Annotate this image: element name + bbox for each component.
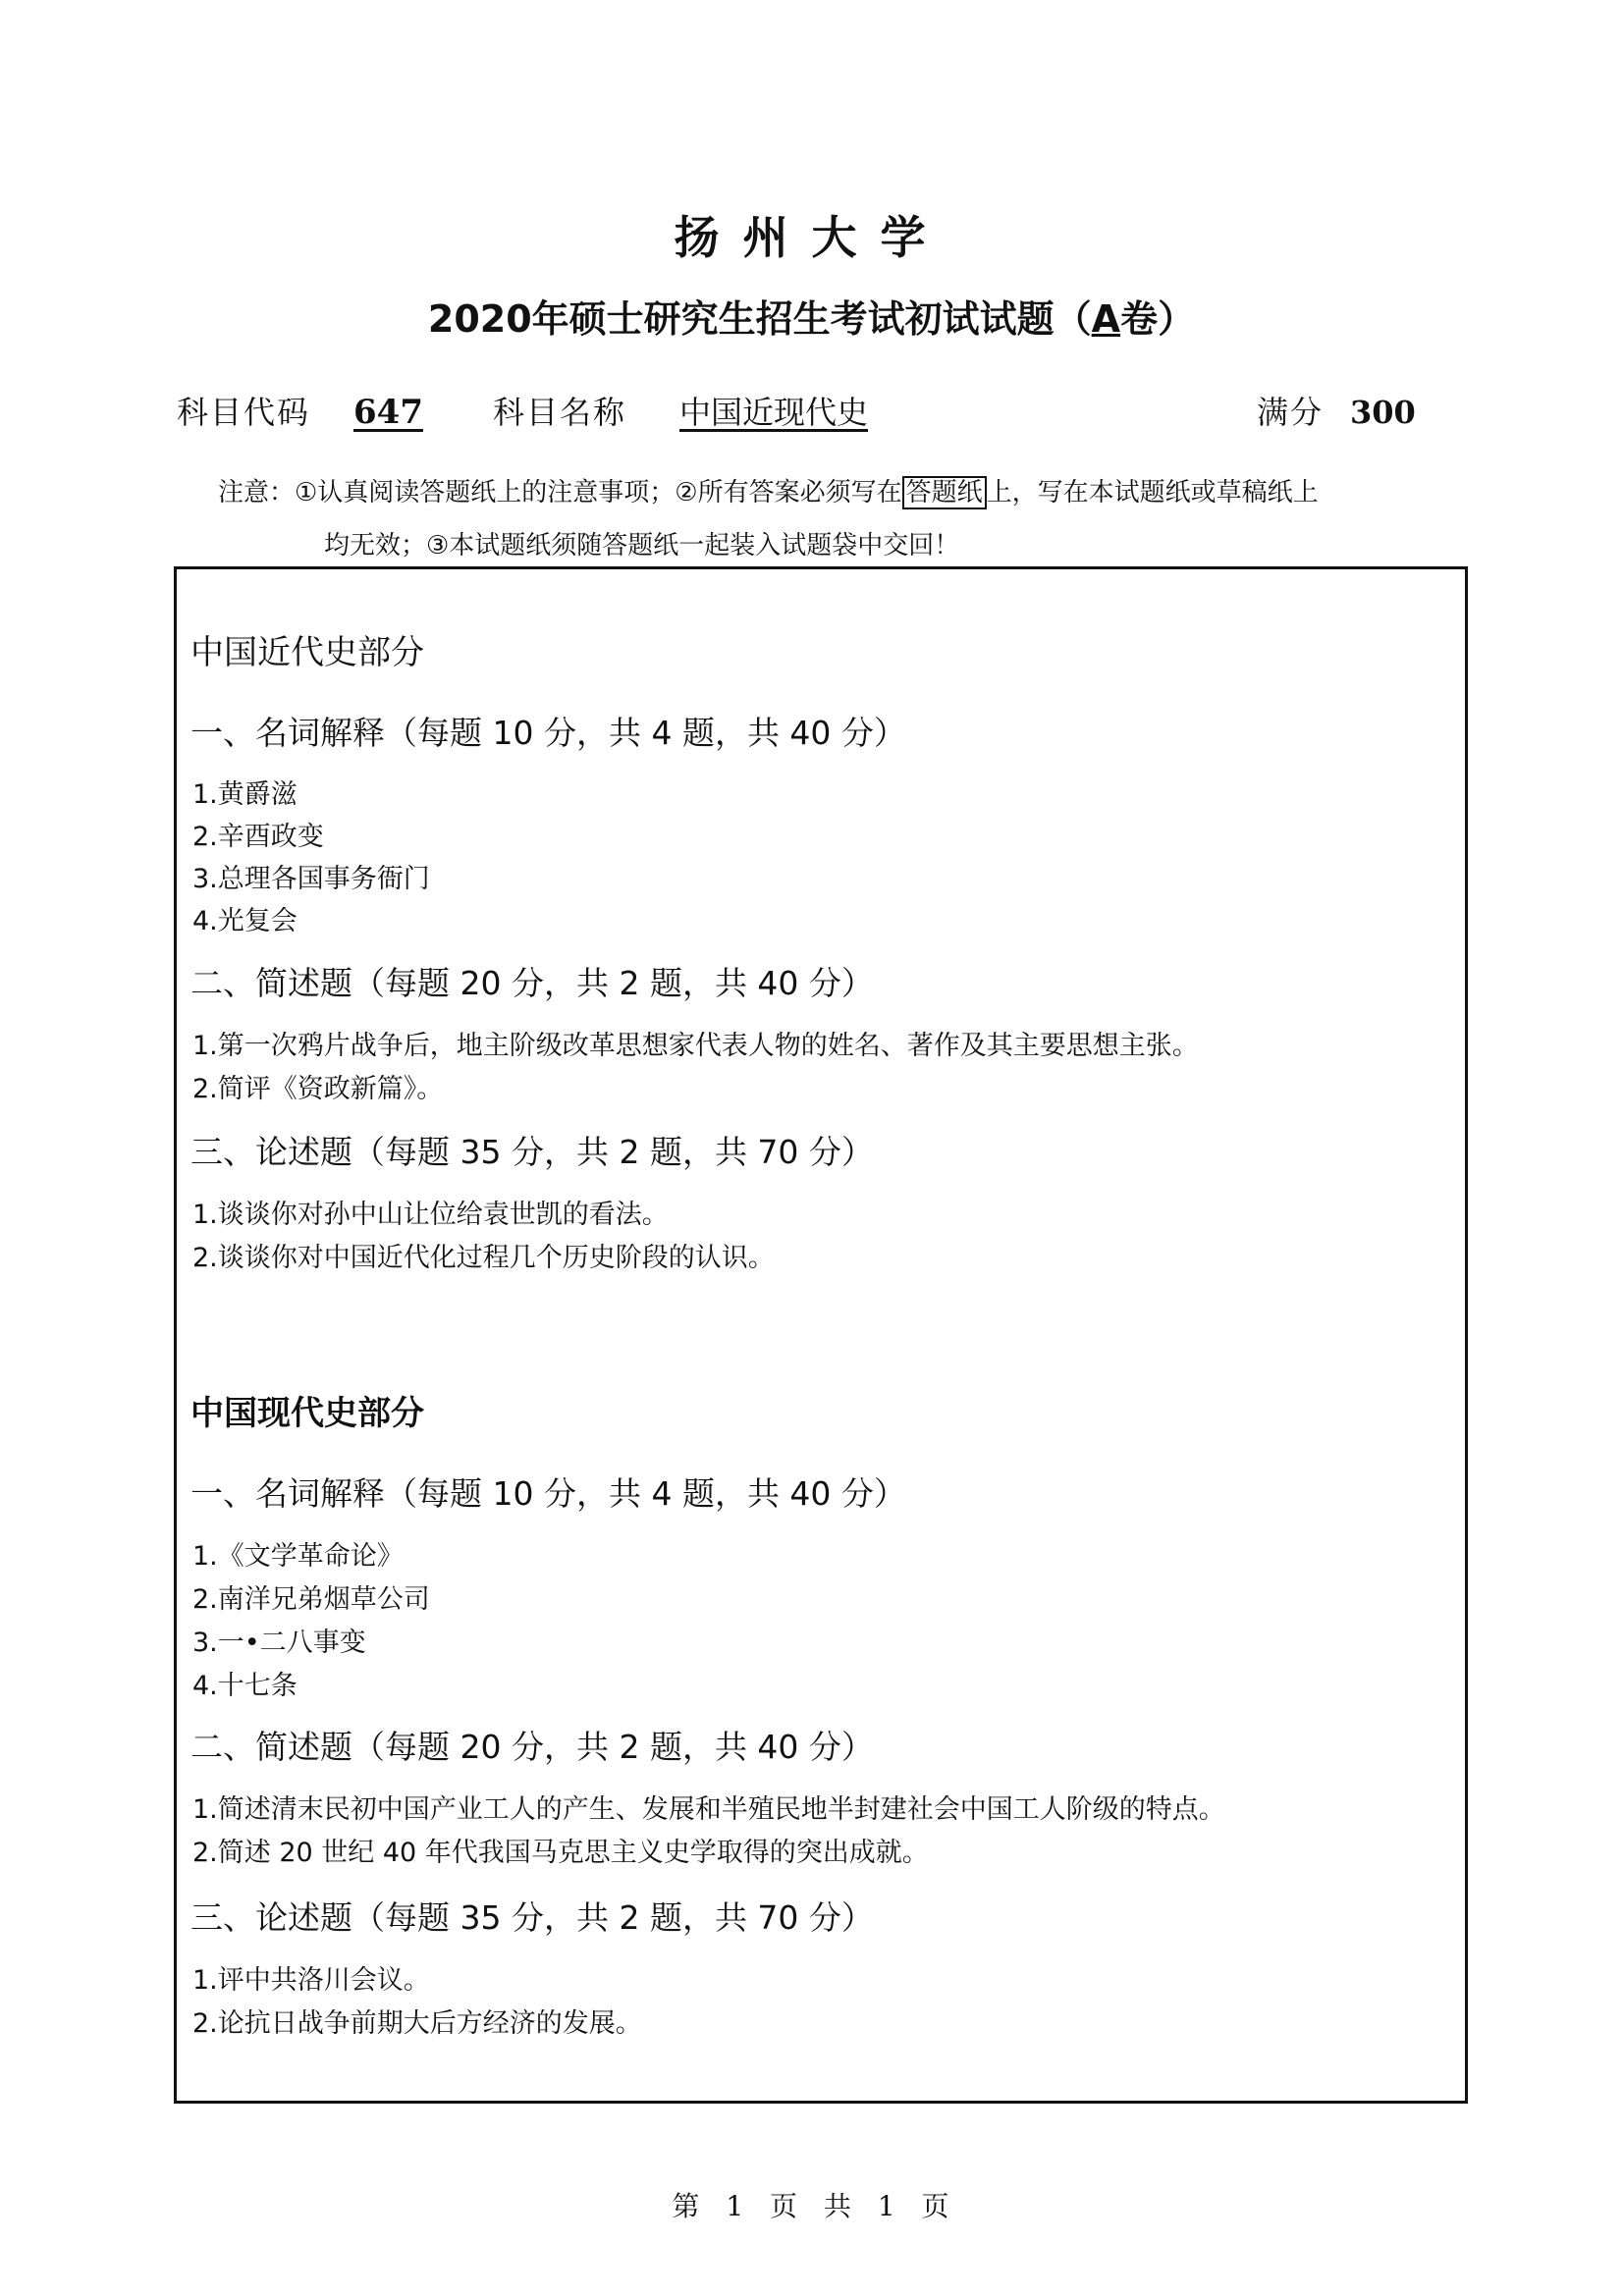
exam-title: 2020年硕士研究生招生考试初试试题（A卷）	[0, 294, 1623, 344]
notice-suffix: 上，写在本试题纸或草稿纸上	[987, 478, 1319, 507]
question-item: 4.光复会	[192, 902, 298, 941]
question-item: 4.十七条	[192, 1667, 298, 1706]
page-footer: 第 1 页 共 1 页	[0, 2187, 1623, 2226]
subject-code-label: 科目代码	[177, 388, 310, 437]
question-item: 2.谈谈你对中国近代化过程几个历史阶段的认识。	[192, 1239, 775, 1278]
exam-title-suffix: 卷）	[1120, 297, 1195, 341]
question-item: 1.《文学革命论》	[192, 1537, 404, 1576]
notice-prefix: 注意：①认真阅读答题纸上的注意事项；②所有答案必须写在	[218, 478, 902, 507]
part-title-modern-late: 中国现代史部分	[190, 1391, 424, 1436]
exam-title-prefix: 2020年硕士研究生招生考试初试试题（	[428, 297, 1092, 341]
section-title: 一、名词解释（每题 10 分，共 4 题，共 40 分）	[190, 1472, 906, 1516]
question-box: 中国近代史部分 一、名词解释（每题 10 分，共 4 题，共 40 分） 1.黄…	[174, 566, 1468, 2104]
exam-notice: 注意：①认真阅读答题纸上的注意事项；②所有答案必须写在答题纸上，写在本试题纸或草…	[218, 466, 1475, 572]
section-title: 二、简述题（每题 20 分，共 2 题，共 40 分）	[190, 1726, 874, 1769]
part-title-modern-early: 中国近代史部分	[190, 630, 424, 675]
notice-boxed-answer-sheet: 答题纸	[902, 476, 987, 509]
question-item: 2.论抗日战争前期大后方经济的发展。	[192, 2004, 642, 2044]
section-title: 三、论述题（每题 35 分，共 2 题，共 70 分）	[190, 1131, 874, 1174]
full-score: 300	[1350, 388, 1416, 437]
question-item: 1.评中共洛川会议。	[192, 1961, 430, 2001]
question-item: 2.辛酉政变	[192, 818, 324, 857]
question-item: 1.第一次鸦片战争后，地主阶级改革思想家代表人物的姓名、著作及其主要思想主张。	[192, 1027, 1199, 1066]
question-item: 2.南洋兄弟烟草公司	[192, 1580, 430, 1620]
paper-letter: A	[1092, 297, 1120, 341]
section-title: 一、名词解释（每题 10 分，共 4 题，共 40 分）	[190, 712, 906, 755]
question-item: 3.一•二八事变	[192, 1624, 366, 1663]
full-score-label: 满分	[1257, 388, 1324, 437]
question-item: 1.简述清末民初中国产业工人的产生、发展和半殖民地半封建社会中国工人阶级的特点。	[192, 1790, 1225, 1830]
university-name: 扬州大学	[0, 208, 1623, 267]
question-item: 1.黄爵滋	[192, 775, 298, 815]
subject-name: 中国近现代史	[679, 388, 868, 437]
question-item: 2.简评《资政新篇》。	[192, 1070, 443, 1109]
question-item: 1.谈谈你对孙中山让位给袁世凯的看法。	[192, 1196, 669, 1235]
subject-info-row: 科目代码 647 科目名称 中国近现代史 满分 300	[177, 388, 1414, 437]
question-item: 3.总理各国事务衙门	[192, 860, 430, 899]
subject-name-label: 科目名称	[493, 388, 626, 437]
section-title: 二、简述题（每题 20 分，共 2 题，共 40 分）	[190, 962, 874, 1005]
subject-code: 647	[353, 388, 423, 437]
notice-line2: 均无效；③本试题纸须随答题纸一起装入试题袋中交回！	[218, 519, 1475, 572]
question-item: 2.简述 20 世纪 40 年代我国马克思主义史学取得的突出成就。	[192, 1834, 929, 1873]
section-title: 三、论述题（每题 35 分，共 2 题，共 70 分）	[190, 1896, 874, 1940]
